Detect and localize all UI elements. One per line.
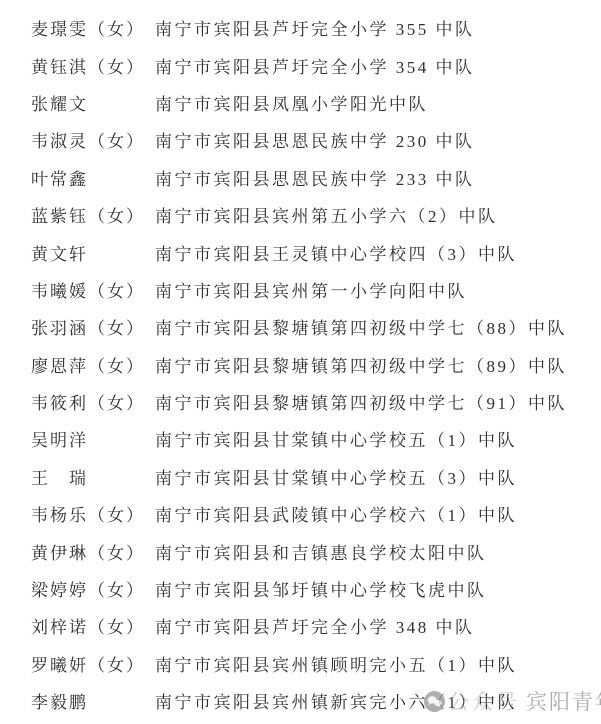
unit-name: 南宁市宾阳县宾州镇顾明完小五（1）中队 bbox=[155, 651, 601, 676]
gender-marker: （女） bbox=[88, 506, 145, 525]
student-name: 李毅鹏 bbox=[31, 693, 88, 712]
student-name-cell: 张耀文 bbox=[31, 90, 155, 115]
unit-name: 南宁市宾阳县芦圩完全小学 355 中队 bbox=[155, 15, 601, 40]
student-name: 韦淑灵 bbox=[31, 132, 88, 151]
student-name: 麦璟雯 bbox=[31, 20, 88, 39]
list-item: 黄文轩 南宁市宾阳县王灵镇中心学校四（3）中队 bbox=[0, 233, 601, 270]
unit-name: 南宁市宾阳县思恩民族中学 230 中队 bbox=[155, 127, 601, 152]
gender-marker: （女） bbox=[88, 207, 145, 226]
list-item: 韦曦媛（女） 南宁市宾阳县宾州第一小学向阳中队 bbox=[0, 271, 601, 308]
student-name: 刘梓诺 bbox=[31, 618, 88, 637]
unit-name: 南宁市宾阳县王灵镇中心学校四（3）中队 bbox=[155, 240, 601, 265]
gender-marker: （女） bbox=[88, 282, 145, 301]
list-item: 蓝紫钰（女） 南宁市宾阳县宾州第五小学六（2）中队 bbox=[0, 196, 601, 233]
unit-name: 南宁市宾阳县黎塘镇第四初级中学七（88）中队 bbox=[155, 314, 601, 339]
student-name: 廖恩萍 bbox=[31, 357, 88, 376]
list-item: 叶常鑫 南宁市宾阳县思恩民族中学 233 中队 bbox=[0, 159, 601, 196]
list-item: 梁婷婷（女） 南宁市宾阳县邹圩镇中心学校飞虎中队 bbox=[0, 570, 601, 607]
gender-marker: （女） bbox=[88, 394, 145, 413]
list-item: 王 瑞 南宁市宾阳县甘棠镇中心学校五（3）中队 bbox=[0, 458, 601, 495]
student-name: 罗曦妍 bbox=[31, 656, 88, 675]
list-item: 韦淑灵（女） 南宁市宾阳县思恩民族中学 230 中队 bbox=[0, 121, 601, 158]
student-name-cell: 黄伊琳（女） bbox=[31, 539, 155, 564]
student-name-cell: 吴明洋 bbox=[31, 426, 155, 451]
student-name-cell: 韦淑灵（女） bbox=[31, 127, 155, 152]
student-name: 叶常鑫 bbox=[31, 170, 88, 189]
gender-marker: （女） bbox=[88, 20, 145, 39]
student-name-cell: 麦璟雯（女） bbox=[31, 15, 155, 40]
unit-name: 南宁市宾阳县黎塘镇第四初级中学七（91）中队 bbox=[155, 389, 601, 414]
gender-marker: （女） bbox=[88, 544, 145, 563]
gender-marker: （女） bbox=[88, 618, 145, 637]
gender-marker: （女） bbox=[88, 357, 145, 376]
student-name-cell: 韦筱利（女） bbox=[31, 389, 155, 414]
student-name-cell: 蓝紫钰（女） bbox=[31, 202, 155, 227]
list-item: 张羽涵（女） 南宁市宾阳县黎塘镇第四初级中学七（88）中队 bbox=[0, 308, 601, 345]
student-name-cell: 黄钰淇（女） bbox=[31, 53, 155, 78]
gender-marker: （女） bbox=[88, 656, 145, 675]
list-item: 黄钰淇（女） 南宁市宾阳县芦圩完全小学 354 中队 bbox=[0, 46, 601, 83]
unit-name: 南宁市宾阳县甘棠镇中心学校五（3）中队 bbox=[155, 464, 601, 489]
unit-name: 南宁市宾阳县和吉镇惠良学校太阳中队 bbox=[155, 539, 601, 564]
unit-name: 南宁市宾阳县凤凰小学阳光中队 bbox=[155, 90, 601, 115]
student-name: 韦曦媛 bbox=[31, 282, 88, 301]
unit-name: 南宁市宾阳县宾州镇新宾完小六（1）中队 bbox=[155, 688, 601, 713]
student-name: 韦杨乐 bbox=[31, 506, 88, 525]
student-name-cell: 黄文轩 bbox=[31, 240, 155, 265]
student-name-cell: 王 瑞 bbox=[31, 464, 155, 489]
student-name: 王 瑞 bbox=[31, 469, 88, 488]
gender-marker: （女） bbox=[88, 132, 145, 151]
list-item: 麦璟雯（女） 南宁市宾阳县芦圩完全小学 355 中队 bbox=[0, 9, 601, 46]
unit-name: 南宁市宾阳县芦圩完全小学 348 中队 bbox=[155, 613, 601, 638]
student-name: 张羽涵 bbox=[31, 319, 88, 338]
student-name: 吴明洋 bbox=[31, 431, 88, 450]
list-item: 张耀文 南宁市宾阳县凤凰小学阳光中队 bbox=[0, 84, 601, 121]
list-item: 韦筱利（女） 南宁市宾阳县黎塘镇第四初级中学七（91）中队 bbox=[0, 383, 601, 420]
list-item: 李毅鹏 南宁市宾阳县宾州镇新宾完小六（1）中队 bbox=[0, 682, 601, 719]
student-name-cell: 刘梓诺（女） bbox=[31, 613, 155, 638]
student-name: 韦筱利 bbox=[31, 394, 88, 413]
list-item: 罗曦妍（女） 南宁市宾阳县宾州镇顾明完小五（1）中队 bbox=[0, 645, 601, 682]
student-name: 蓝紫钰 bbox=[31, 207, 88, 226]
unit-name: 南宁市宾阳县宾州第五小学六（2）中队 bbox=[155, 202, 601, 227]
gender-marker: （女） bbox=[88, 58, 145, 77]
student-name-cell: 李毅鹏 bbox=[31, 688, 155, 713]
list-item: 黄伊琳（女） 南宁市宾阳县和吉镇惠良学校太阳中队 bbox=[0, 532, 601, 569]
student-name-cell: 韦曦媛（女） bbox=[31, 277, 155, 302]
student-name: 黄钰淇 bbox=[31, 58, 88, 77]
gender-marker: （女） bbox=[88, 319, 145, 338]
student-name-cell: 罗曦妍（女） bbox=[31, 651, 155, 676]
student-name-cell: 张羽涵（女） bbox=[31, 314, 155, 339]
gender-marker: （女） bbox=[88, 581, 145, 600]
student-name: 张耀文 bbox=[31, 95, 88, 114]
unit-name: 南宁市宾阳县芦圩完全小学 354 中队 bbox=[155, 53, 601, 78]
student-name: 梁婷婷 bbox=[31, 581, 88, 600]
unit-name: 南宁市宾阳县武陵镇中心学校六（1）中队 bbox=[155, 501, 601, 526]
student-name-cell: 廖恩萍（女） bbox=[31, 352, 155, 377]
list-item: 廖恩萍（女） 南宁市宾阳县黎塘镇第四初级中学七（89）中队 bbox=[0, 346, 601, 383]
unit-name: 南宁市宾阳县宾州第一小学向阳中队 bbox=[155, 277, 601, 302]
list-item: 吴明洋 南宁市宾阳县甘棠镇中心学校五（1）中队 bbox=[0, 420, 601, 457]
student-roster-list: 麦璟雯（女） 南宁市宾阳县芦圩完全小学 355 中队 黄钰淇（女） 南宁市宾阳县… bbox=[0, 9, 601, 719]
unit-name: 南宁市宾阳县甘棠镇中心学校五（1）中队 bbox=[155, 426, 601, 451]
list-item: 刘梓诺（女） 南宁市宾阳县芦圩完全小学 348 中队 bbox=[0, 607, 601, 644]
unit-name: 南宁市宾阳县黎塘镇第四初级中学七（89）中队 bbox=[155, 352, 601, 377]
list-item: 韦杨乐（女） 南宁市宾阳县武陵镇中心学校六（1）中队 bbox=[0, 495, 601, 532]
unit-name: 南宁市宾阳县邹圩镇中心学校飞虎中队 bbox=[155, 576, 601, 601]
unit-name: 南宁市宾阳县思恩民族中学 233 中队 bbox=[155, 165, 601, 190]
student-name-cell: 韦杨乐（女） bbox=[31, 501, 155, 526]
student-name: 黄伊琳 bbox=[31, 544, 88, 563]
student-name-cell: 叶常鑫 bbox=[31, 165, 155, 190]
student-name: 黄文轩 bbox=[31, 245, 88, 264]
student-name-cell: 梁婷婷（女） bbox=[31, 576, 155, 601]
